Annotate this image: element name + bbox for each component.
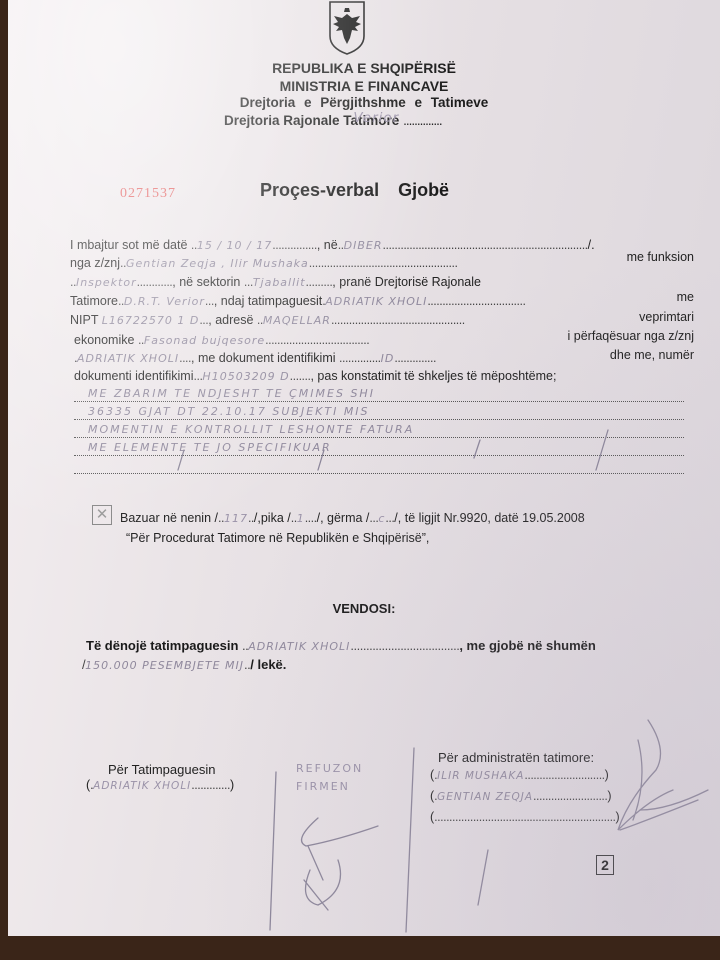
admin-name-2[interactable]: GENTIAN ZEQJA [437,791,533,803]
taxpayer-field[interactable]: ADRIATIK XHOLI [325,295,427,308]
legal-basis-text: Bazuar në nenin /..117../,pika /..1..../… [120,511,585,525]
violation-line[interactable]: 36335 GJAT DT 22.10.17 SUBJEKTI MIS [74,402,684,420]
decision-heading: VENDOSI: [8,601,720,616]
representative-field[interactable]: ADRIATIK XHOLI [77,352,179,365]
activity-label: veprimtari [639,310,694,324]
officer-names-field[interactable]: Gentian Zeqja , Ilir Mushaka [126,257,309,270]
officer-row: nga z/znj..Gentian Zeqja , Ilir Mushaka.… [70,256,457,270]
tax-label: Tatimore [70,294,118,308]
penalty-row: Të dënojë tatimpaguesin ..ADRIATIK XHOLI… [86,638,596,653]
economic-row: ekonomike ..Fasonad bujqesore...........… [74,333,369,347]
fine-report-page: REPUBLIKA E SHQIPËRISË MINISTRIA E FINAN… [8,0,720,936]
regional-directorate-heading: Drejtoria Rajonale Tatimore ............… [224,113,491,129]
economic-label: ekonomike [74,333,134,347]
violation-line[interactable] [74,456,684,474]
admin-signature-row: (.......................................… [430,810,620,824]
place-field[interactable]: DIBER [344,239,383,252]
id-number-label: dokumenti identifikimi [74,369,194,383]
after-label: pas konstatimit të shkeljes të mëposhtëm… [317,369,556,383]
id-number-field[interactable]: H10503209 D [202,370,289,383]
fine-amount-field[interactable]: 150.000 PESEMBJETE MIJ [85,659,244,672]
economic-activity-field[interactable]: Fasonad bujqesore [144,334,265,347]
refused-signature-note: REFUZON FIRMEN [296,760,363,796]
violation-line[interactable]: ME ZBARIM TE NDJESHT TE ÇMIMES SHI [74,384,684,402]
taxpayer-signature-name[interactable]: ADRIATIK XHOLI [93,780,191,792]
function-label: me funksion [627,250,694,264]
article-field[interactable]: 117 [224,512,248,525]
id-doc-field[interactable]: ID [381,352,395,365]
admin-signature-row: (.GENTIAN ZEQJA.........................… [430,789,612,803]
sector-row: ..Inspektor............, në sektorin ...… [70,275,481,289]
sector-field[interactable]: Tjaballit [253,276,306,289]
legal-basis-checkbox[interactable]: ✕ [92,505,112,525]
violation-line[interactable]: MOMENTIN E KONTROLLIT LESHONTE FATURA [74,420,684,438]
admin-signature-row: (.ILIR MUSHAKA..........................… [430,768,609,782]
place-label: në [324,238,338,252]
address-field[interactable]: MAQELLAR [263,314,331,327]
penalized-taxpayer-field[interactable]: ADRIATIK XHOLI [248,640,350,653]
page-number: 2 [596,855,614,875]
law-name: “Për Procedurat Tatimore në Republikën e… [126,531,429,545]
date-label: I mbajtur sot më datë [70,238,187,252]
date-place-row: I mbajtur sot më datë ..15 / 10 / 17....… [70,238,595,252]
ministry-heading: MINISTRIA E FINANCAVE [8,78,720,94]
country-heading: REPUBLIKA E SHQIPËRISË [8,60,720,76]
admin-signature-label: Për administratën tatimore: [438,750,594,765]
albanian-eagle-emblem-icon [326,0,368,56]
function-field[interactable]: Inspektor [76,276,137,289]
taxpayer-signature-label: Për Tatimpaguesin [108,762,215,777]
serial-number: 0271537 [120,186,176,202]
document-title: Proçes-verbal Gjobë [260,180,449,201]
taxpayer-label: ndaj tatimpaguesit [221,294,322,308]
representative-row: .ADRIATIK XHOLI...., me dokument identif… [74,351,436,365]
id-doc-label: me dokument identifikimi [198,351,336,365]
represented-label: i përfaqësuar nga z/znj [568,329,694,343]
nipt-field[interactable]: L16722570 1 D [102,314,200,327]
tax-office-field[interactable]: D.R.T. Verior [124,295,205,308]
with-label: me [677,290,694,304]
by-label: nga z/znj [70,256,120,270]
amount-row: /150.000 PESEMBJETE MIJ../ lekë. [82,657,286,672]
violation-line[interactable]: ME ELEMENTE TE JO SPECIFIKUAR [74,438,684,456]
taxpayer-signature-name-row: (.ADRIATIK XHOLI.............) [86,778,234,792]
id-number-row: dokumenti identifikimi...H10503209 D....… [74,369,556,383]
violation-description: ME ZBARIM TE NDJESHT TE ÇMIMES SHI 36335… [74,384,684,474]
regional-directorate-value[interactable]: Verior [353,110,399,126]
sector-label: në sektorin [179,275,240,289]
nipt-row: NIPT L16722570 1 D..., adresë ..MAQELLAR… [70,313,465,327]
point-field[interactable]: 1 [297,512,305,525]
nipt-label: NIPT [70,313,98,327]
date-field[interactable]: 15 / 10 / 17 [197,239,272,252]
address-label: adresë [215,313,253,327]
taxpayer-row: Tatimore..D.R.T. Verior..., ndaj tatimpa… [70,294,525,308]
admin-name-1[interactable]: ILIR MUSHAKA [437,770,524,782]
and-number-label: dhe me, numër [610,348,694,362]
near-label: pranë Drejtorisë Rajonale [339,275,481,289]
directorate-general-heading: Drejtoria e Përgjithshme e Tatimeve [8,95,720,110]
